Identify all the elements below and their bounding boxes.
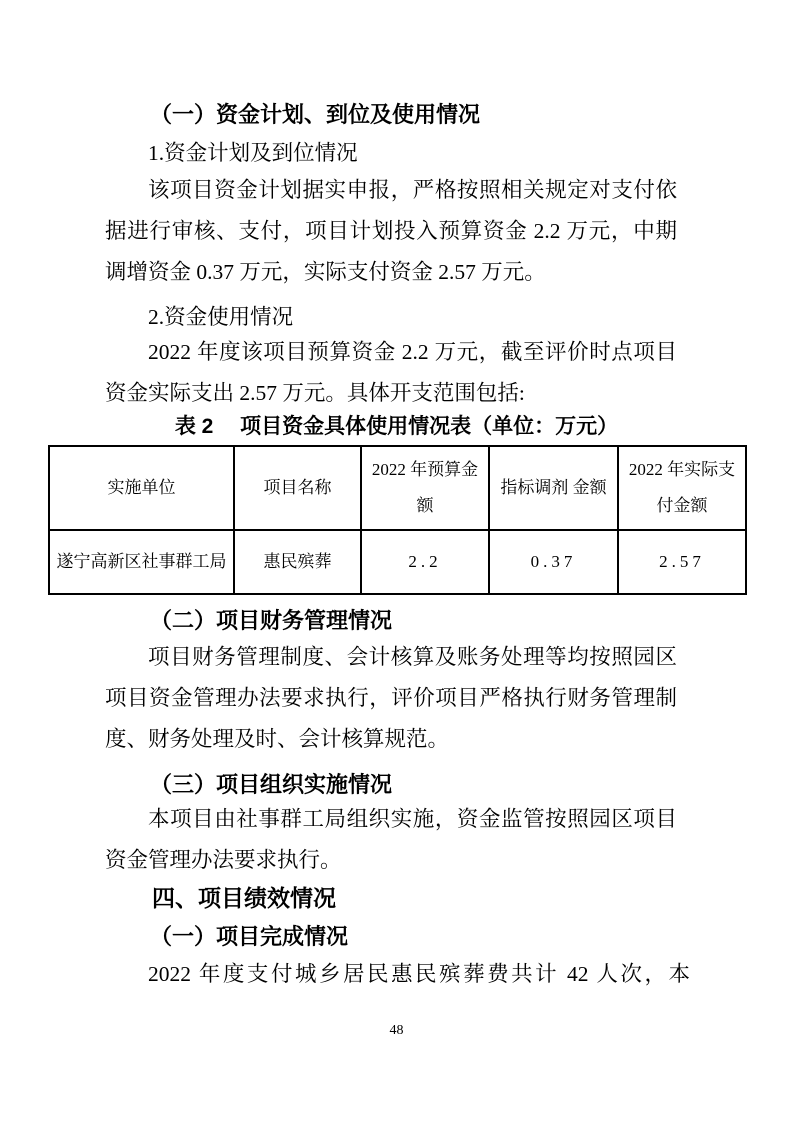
header-cell-actual-paid-2022: 2022 年实际支付金额 xyxy=(618,446,746,530)
sub-heading-fund-plan-status: 1.资金计划及到位情况 xyxy=(148,138,358,168)
header-cell-indicator-adjustment: 指标调剂 金额 xyxy=(489,446,618,530)
paragraph-fund-plan: 该项目资金计划据实申报，严格按照相关规定对支付依据进行审核、支付，项目计划投入预… xyxy=(105,170,677,293)
section-heading-organize: （三）项目组织实施情况 xyxy=(150,770,392,800)
paragraph-finance: 项目财务管理制度、会计核算及账务处理等均按照园区项目资金管理办法要求执行，评价项… xyxy=(105,637,677,760)
paragraph-fund-use: 2022 年度该项目预算资金 2.2 万元，截至评价时点项目资金实际支出 2.5… xyxy=(105,332,677,414)
paragraph-organize: 本项目由社事群工局组织实施，资金监管按照园区项目资金管理办法要求执行。 xyxy=(105,799,677,881)
cell-actual-paid-2022: 2.57 xyxy=(618,530,746,594)
section-heading-completion: （一）项目完成情况 xyxy=(150,922,348,952)
section-heading-fund-plan: （一）资金计划、到位及使用情况 xyxy=(150,100,480,130)
header-cell-budget-2022: 2022 年预算金额 xyxy=(361,446,489,530)
page-number: 48 xyxy=(0,1022,793,1040)
cell-implementing-unit: 遂宁高新区社事群工局 xyxy=(49,530,234,594)
header-cell-project-name: 项目名称 xyxy=(234,446,361,530)
header-cell-implementing-unit: 实施单位 xyxy=(49,446,234,530)
section-heading-finance: （二）项目财务管理情况 xyxy=(150,606,392,636)
table-title: 表 2 项目资金具体使用情况表（单位：万元） xyxy=(48,412,745,442)
table-header-row: 实施单位 项目名称 2022 年预算金额 指标调剂 金额 2022 年实际支付金… xyxy=(49,446,746,530)
cell-project-name: 惠民殡葬 xyxy=(234,530,361,594)
cell-indicator-adjustment: 0.37 xyxy=(489,530,618,594)
paragraph-completion: 2022 年度支付城乡居民惠民殡葬费共计 42 人次，本 xyxy=(105,954,690,995)
sub-heading-fund-use: 2.资金使用情况 xyxy=(148,302,293,332)
table-data-row: 遂宁高新区社事群工局 惠民殡葬 2.2 0.37 2.57 xyxy=(49,530,746,594)
document-page: （一）资金计划、到位及使用情况 1.资金计划及到位情况 该项目资金计划据实申报，… xyxy=(0,0,793,1122)
fund-usage-table: 实施单位 项目名称 2022 年预算金额 指标调剂 金额 2022 年实际支付金… xyxy=(48,445,747,595)
chapter-heading-performance: 四、项目绩效情况 xyxy=(152,882,336,914)
cell-budget-2022: 2.2 xyxy=(361,530,489,594)
